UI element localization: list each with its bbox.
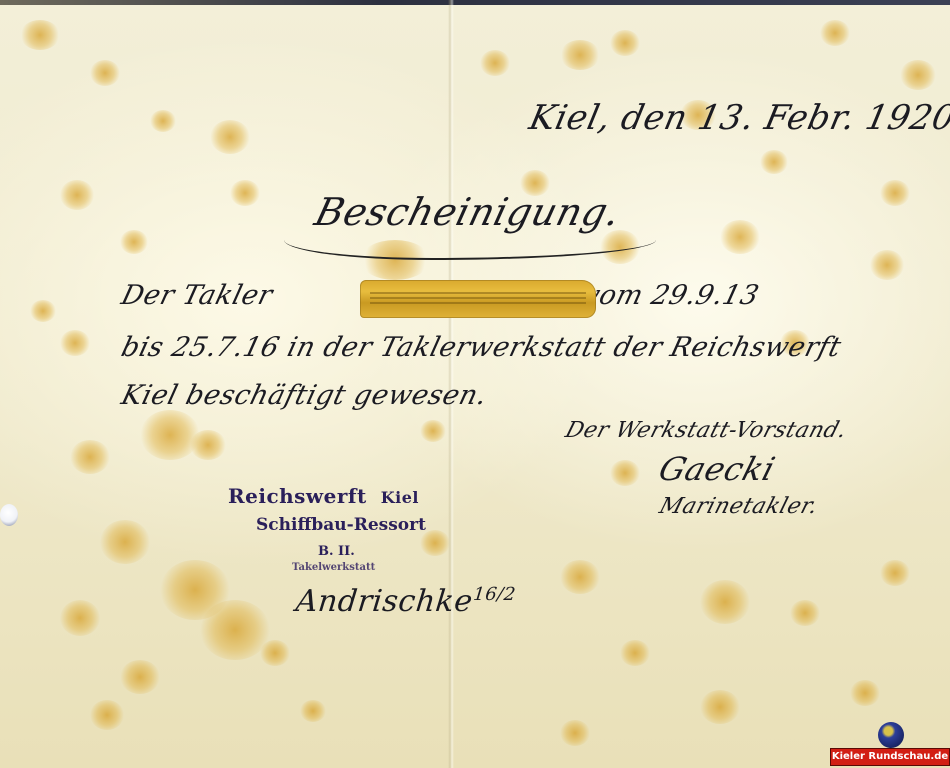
- stamp-line-2: Schiffbau-Ressort: [256, 515, 426, 535]
- title-underline-flourish: [284, 240, 656, 260]
- redacted-name-block: [360, 280, 596, 318]
- signature-name: Gaecki: [655, 450, 780, 488]
- signature-role: Der Werkstatt-Vorstand.: [562, 418, 849, 443]
- stamp-location: Kiel: [381, 488, 419, 507]
- stamp-line-4: Takelwerkstatt: [292, 562, 375, 573]
- place-date-line: Kiel, den 13. Febr. 1920.: [526, 98, 950, 138]
- handwritten-annotation: Andrischke16/2: [294, 584, 517, 619]
- watermark-logo[interactable]: Kieler Rundschau.de: [830, 722, 948, 766]
- stamp-org: Reichswerft: [228, 484, 367, 508]
- body-line-1-start: Der Takler: [118, 280, 276, 311]
- scan-top-edge: [0, 0, 950, 5]
- annotation-fraction: 16/2: [472, 584, 517, 605]
- signature-title: Marinetakler.: [656, 494, 820, 519]
- document-title: Bescheinigung.: [311, 190, 626, 234]
- globe-icon: [878, 722, 904, 748]
- stamp-line-1: ReichswerftKiel: [228, 484, 419, 508]
- annotation-text: Andrischke: [294, 584, 474, 619]
- stamp-line-3: B. II.: [318, 544, 355, 559]
- watermark-label: Kieler Rundschau.de: [830, 748, 950, 766]
- scanned-document: Kiel, den 13. Febr. 1920. Bescheinigung.…: [0, 0, 950, 768]
- punch-hole: [0, 504, 18, 526]
- body-line-3: Kiel beschäftigt gewesen.: [118, 380, 490, 411]
- body-line-2: bis 25.7.16 in der Taklerwerkstatt der R…: [118, 332, 844, 363]
